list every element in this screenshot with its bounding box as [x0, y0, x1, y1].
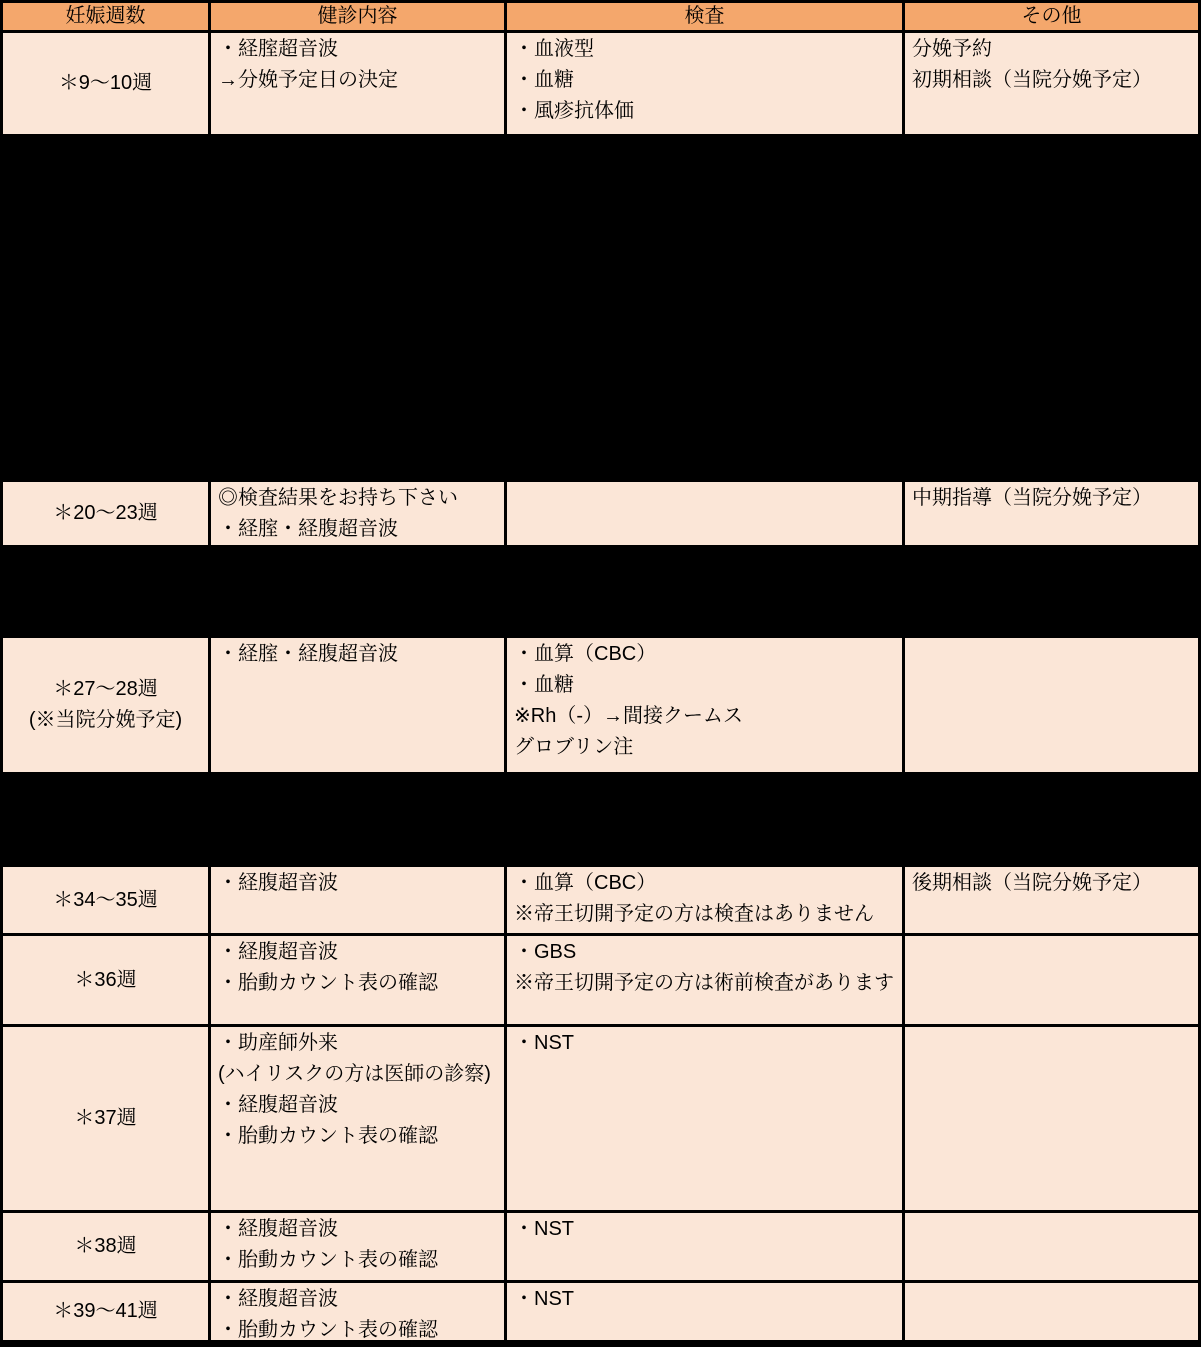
other-line: 後期相談（当院分娩予定）: [912, 868, 1196, 899]
other-line: 分娩予約: [912, 34, 1196, 65]
test-line: ・NST: [514, 1028, 900, 1059]
checkup-line: ・胎動カウント表の確認: [218, 1245, 502, 1276]
test-line: ・GBS: [514, 937, 900, 968]
table-row-week-39-41: ＊39〜41週 ・経腹超音波 ・胎動カウント表の確認 ・NST: [3, 1283, 1201, 1343]
table-row-week-20-23: ＊20〜23週 ◎検査結果をお持ち下さい ・経腟・経腹超音波 中期指導（当院分娩…: [3, 482, 1201, 548]
checkup-line: ・助産師外来: [218, 1028, 502, 1059]
test-line: ・血算（CBC）: [514, 868, 900, 899]
week-label: ＊27〜28週: [53, 674, 158, 705]
cell-other: [905, 1027, 1201, 1210]
week-label: ＊38週: [74, 1231, 136, 1262]
test-line: ・風疹抗体価: [514, 96, 900, 127]
cell-checkup: ・経腟・経腹超音波: [211, 638, 507, 772]
test-line: ・血糖: [514, 670, 900, 701]
test-line: ・NST: [514, 1284, 900, 1315]
cell-checkup: ◎検査結果をお持ち下さい ・経腟・経腹超音波: [211, 482, 507, 545]
checkup-line: ・経腟・経腹超音波: [218, 639, 502, 670]
header-col-checkup: 健診内容: [211, 3, 507, 30]
cell-week: ＊39〜41週: [3, 1283, 211, 1340]
test-line: ・血算（CBC）: [514, 639, 900, 670]
cell-other: [905, 638, 1201, 772]
checkup-line: ・経腹超音波: [218, 937, 502, 968]
week-label: ＊37週: [74, 1103, 136, 1134]
table-row-week-9-10: ＊9〜10週 ・経腟超音波 →分娩予定日の決定 ・血液型 ・血糖 ・風疹抗体価 …: [3, 33, 1201, 137]
cell-other: 後期相談（当院分娩予定）: [905, 867, 1201, 933]
test-line: ※帝王切開予定の方は術前検査があります: [514, 968, 900, 999]
cell-week: ＊34〜35週: [3, 867, 211, 933]
week-label: ＊34〜35週: [53, 885, 158, 916]
checkup-line: ・胎動カウント表の確認: [218, 1121, 502, 1152]
cell-tests: ・NST: [507, 1283, 905, 1340]
other-line: 中期指導（当院分娩予定）: [912, 483, 1196, 514]
checkup-line: ・経腟超音波: [218, 34, 502, 65]
week-label: ＊20〜23週: [53, 498, 158, 529]
checkup-line: ・経腹超音波: [218, 1090, 502, 1121]
cell-tests: ・NST: [507, 1027, 905, 1210]
cell-week: ＊38週: [3, 1213, 211, 1280]
checkup-schedule-table: 妊娠週数 健診内容 検査 その他 ＊9〜10週 ・経腟超音波 →分娩予定日の決定…: [0, 0, 1201, 1347]
table-row-week-27-28: ＊27〜28週 (※当院分娩予定) ・経腟・経腹超音波 ・血算（CBC） ・血糖…: [3, 638, 1201, 775]
checkup-line: (ハイリスクの方は医師の診察): [218, 1059, 502, 1090]
header-label: 検査: [685, 3, 725, 30]
cell-week: ＊36週: [3, 936, 211, 1024]
test-line: ※帝王切開予定の方は検査はありません: [514, 899, 900, 930]
test-line: グロブリン注: [514, 732, 900, 763]
table-row-week-38: ＊38週 ・経腹超音波 ・胎動カウント表の確認 ・NST: [3, 1213, 1201, 1283]
week-label: ＊9〜10週: [59, 68, 152, 99]
other-line: 初期相談（当院分娩予定）: [912, 65, 1196, 96]
cell-week: ＊9〜10週: [3, 33, 211, 134]
table-row-week-36: ＊36週 ・経腹超音波 ・胎動カウント表の確認 ・GBS ※帝王切開予定の方は術…: [3, 936, 1201, 1027]
cell-week: ＊27〜28週 (※当院分娩予定): [3, 638, 211, 772]
checkup-line: ・経腟・経腹超音波: [218, 514, 502, 545]
cell-other: [905, 1213, 1201, 1280]
cell-checkup: ・経腟超音波 →分娩予定日の決定: [211, 33, 507, 134]
checkup-line: ・経腹超音波: [218, 1284, 502, 1315]
cell-tests: ・血算（CBC） ※帝王切開予定の方は検査はありません: [507, 867, 905, 933]
cell-checkup: ・経腹超音波: [211, 867, 507, 933]
test-line: ・血液型: [514, 34, 900, 65]
week-label: ＊39〜41週: [53, 1296, 158, 1327]
redacted-block: [0, 775, 1201, 867]
cell-checkup: ・助産師外来 (ハイリスクの方は医師の診察) ・経腹超音波 ・胎動カウント表の確…: [211, 1027, 507, 1210]
test-line: ・NST: [514, 1214, 900, 1245]
cell-other: 中期指導（当院分娩予定）: [905, 482, 1201, 545]
cell-other: 分娩予約 初期相談（当院分娩予定）: [905, 33, 1201, 134]
checkup-line: →分娩予定日の決定: [218, 65, 502, 96]
checkup-line: ・胎動カウント表の確認: [218, 1315, 502, 1340]
cell-checkup: ・経腹超音波 ・胎動カウント表の確認: [211, 1283, 507, 1340]
header-col-week: 妊娠週数: [3, 3, 211, 30]
checkup-line: ・経腹超音波: [218, 1214, 502, 1245]
week-label: ＊36週: [74, 965, 136, 996]
test-line: ※Rh（-）→間接クームス: [514, 701, 900, 732]
header-label: その他: [1022, 3, 1082, 30]
cell-other: [905, 936, 1201, 1024]
cell-tests: ・血算（CBC） ・血糖 ※Rh（-）→間接クームス グロブリン注: [507, 638, 905, 772]
test-line: ・血糖: [514, 65, 900, 96]
week-note: (※当院分娩予定): [29, 705, 182, 736]
table-row-week-34-35: ＊34〜35週 ・経腹超音波 ・血算（CBC） ※帝王切開予定の方は検査はありま…: [3, 867, 1201, 936]
header-col-other: その他: [905, 3, 1201, 30]
cell-checkup: ・経腹超音波 ・胎動カウント表の確認: [211, 936, 507, 1024]
cell-tests: [507, 482, 905, 545]
header-label: 妊娠週数: [66, 3, 146, 30]
cell-checkup: ・経腹超音波 ・胎動カウント表の確認: [211, 1213, 507, 1280]
redacted-block: [0, 548, 1201, 638]
checkup-line: ◎検査結果をお持ち下さい: [218, 483, 502, 514]
redacted-block: [0, 137, 1201, 482]
cell-week: ＊20〜23週: [3, 482, 211, 545]
cell-tests: ・GBS ※帝王切開予定の方は術前検査があります: [507, 936, 905, 1024]
cell-other: [905, 1283, 1201, 1340]
cell-tests: ・血液型 ・血糖 ・風疹抗体価: [507, 33, 905, 134]
header-col-tests: 検査: [507, 3, 905, 30]
header-label: 健診内容: [318, 3, 398, 30]
checkup-line: ・胎動カウント表の確認: [218, 968, 502, 999]
cell-week: ＊37週: [3, 1027, 211, 1210]
table-header-row: 妊娠週数 健診内容 検査 その他: [3, 3, 1201, 33]
table-row-week-37: ＊37週 ・助産師外来 (ハイリスクの方は医師の診察) ・経腹超音波 ・胎動カウ…: [3, 1027, 1201, 1213]
redacted-block: [0, 1343, 1201, 1347]
cell-tests: ・NST: [507, 1213, 905, 1280]
checkup-line: ・経腹超音波: [218, 868, 502, 899]
